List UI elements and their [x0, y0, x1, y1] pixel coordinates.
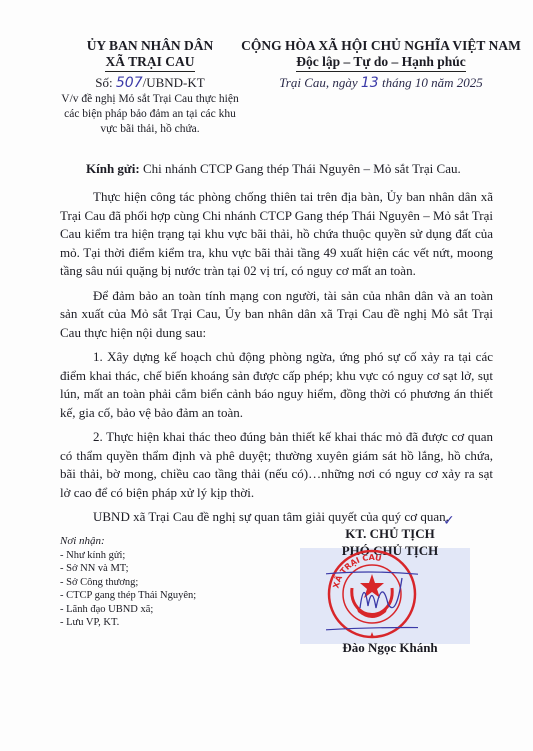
document-number: Số: 507/UBND-KT — [60, 75, 240, 91]
body-paragraph: Để đảm bảo an toàn tính mạng con người, … — [60, 287, 493, 343]
issuer-header: ỦY BAN NHÂN DÂN XÃ TRẠI CAU — [60, 38, 240, 72]
signer-name: Đào Ngọc Khánh — [300, 640, 480, 656]
date-prefix: Trại Cau, ngày — [279, 75, 361, 90]
addressee-label: Kính gửi: — [86, 161, 140, 176]
receiver-item: - Sở Công thương; — [60, 576, 270, 590]
doc-number-suffix: /UBND-KT — [143, 75, 205, 90]
official-seal-icon: XÃ TRẠI CAU — [326, 548, 418, 640]
receiver-item: - Sở NN và MT; — [60, 562, 270, 576]
national-header: CỘNG HÒA XÃ HỘI CHỦ NGHĨA VIỆT NAM Độc l… — [236, 38, 526, 72]
date-suffix: tháng 10 năm 2025 — [379, 75, 483, 90]
document-subject: V/v đề nghị Mỏ sắt Trại Cau thực hiện cá… — [58, 92, 242, 137]
document-date: Trại Cau, ngày 13 tháng 10 năm 2025 — [236, 75, 526, 91]
document-body: Thực hiện công tác phòng chống thiên tai… — [60, 188, 493, 533]
issuer-line2: XÃ TRẠI CAU — [105, 54, 194, 72]
national-motto: Độc lập – Tự do – Hạnh phúc — [296, 54, 466, 72]
closing-paragraph: UBND xã Trại Cau đề nghị sự quan tâm giả… — [60, 508, 493, 527]
date-day-handwritten: 13 — [361, 75, 379, 91]
receivers-title: Nơi nhận: — [60, 535, 270, 549]
national-title: CỘNG HÒA XÃ HỘI CHỦ NGHĨA VIỆT NAM — [236, 38, 526, 54]
receivers-list: Nơi nhận: - Như kính gửi; - Sở NN và MT;… — [60, 535, 270, 630]
addressee-value: Chi nhánh CTCP Gang thép Thái Nguyên – M… — [140, 161, 461, 176]
receiver-item: - Như kính gửi; — [60, 549, 270, 563]
body-paragraph: 2. Thực hiện khai thác theo đúng bản thi… — [60, 428, 493, 502]
addressee: Kính gửi: Chi nhánh CTCP Gang thép Thái … — [86, 161, 461, 177]
signer-authority: KT. CHỦ TỊCH — [300, 525, 480, 542]
receiver-item: - Lưu VP, KT. — [60, 616, 270, 630]
issuer-line1: ỦY BAN NHÂN DÂN — [60, 38, 240, 54]
body-paragraph: Thực hiện công tác phòng chống thiên tai… — [60, 188, 493, 281]
receiver-item: - Lãnh đạo UBND xã; — [60, 603, 270, 617]
doc-number-prefix: Số: — [95, 75, 116, 90]
receiver-item: - CTCP gang thép Thái Nguyên; — [60, 589, 270, 603]
doc-number-handwritten: 507 — [116, 75, 143, 91]
body-paragraph: 1. Xây dựng kế hoạch chủ động phòng ngừa… — [60, 348, 493, 422]
